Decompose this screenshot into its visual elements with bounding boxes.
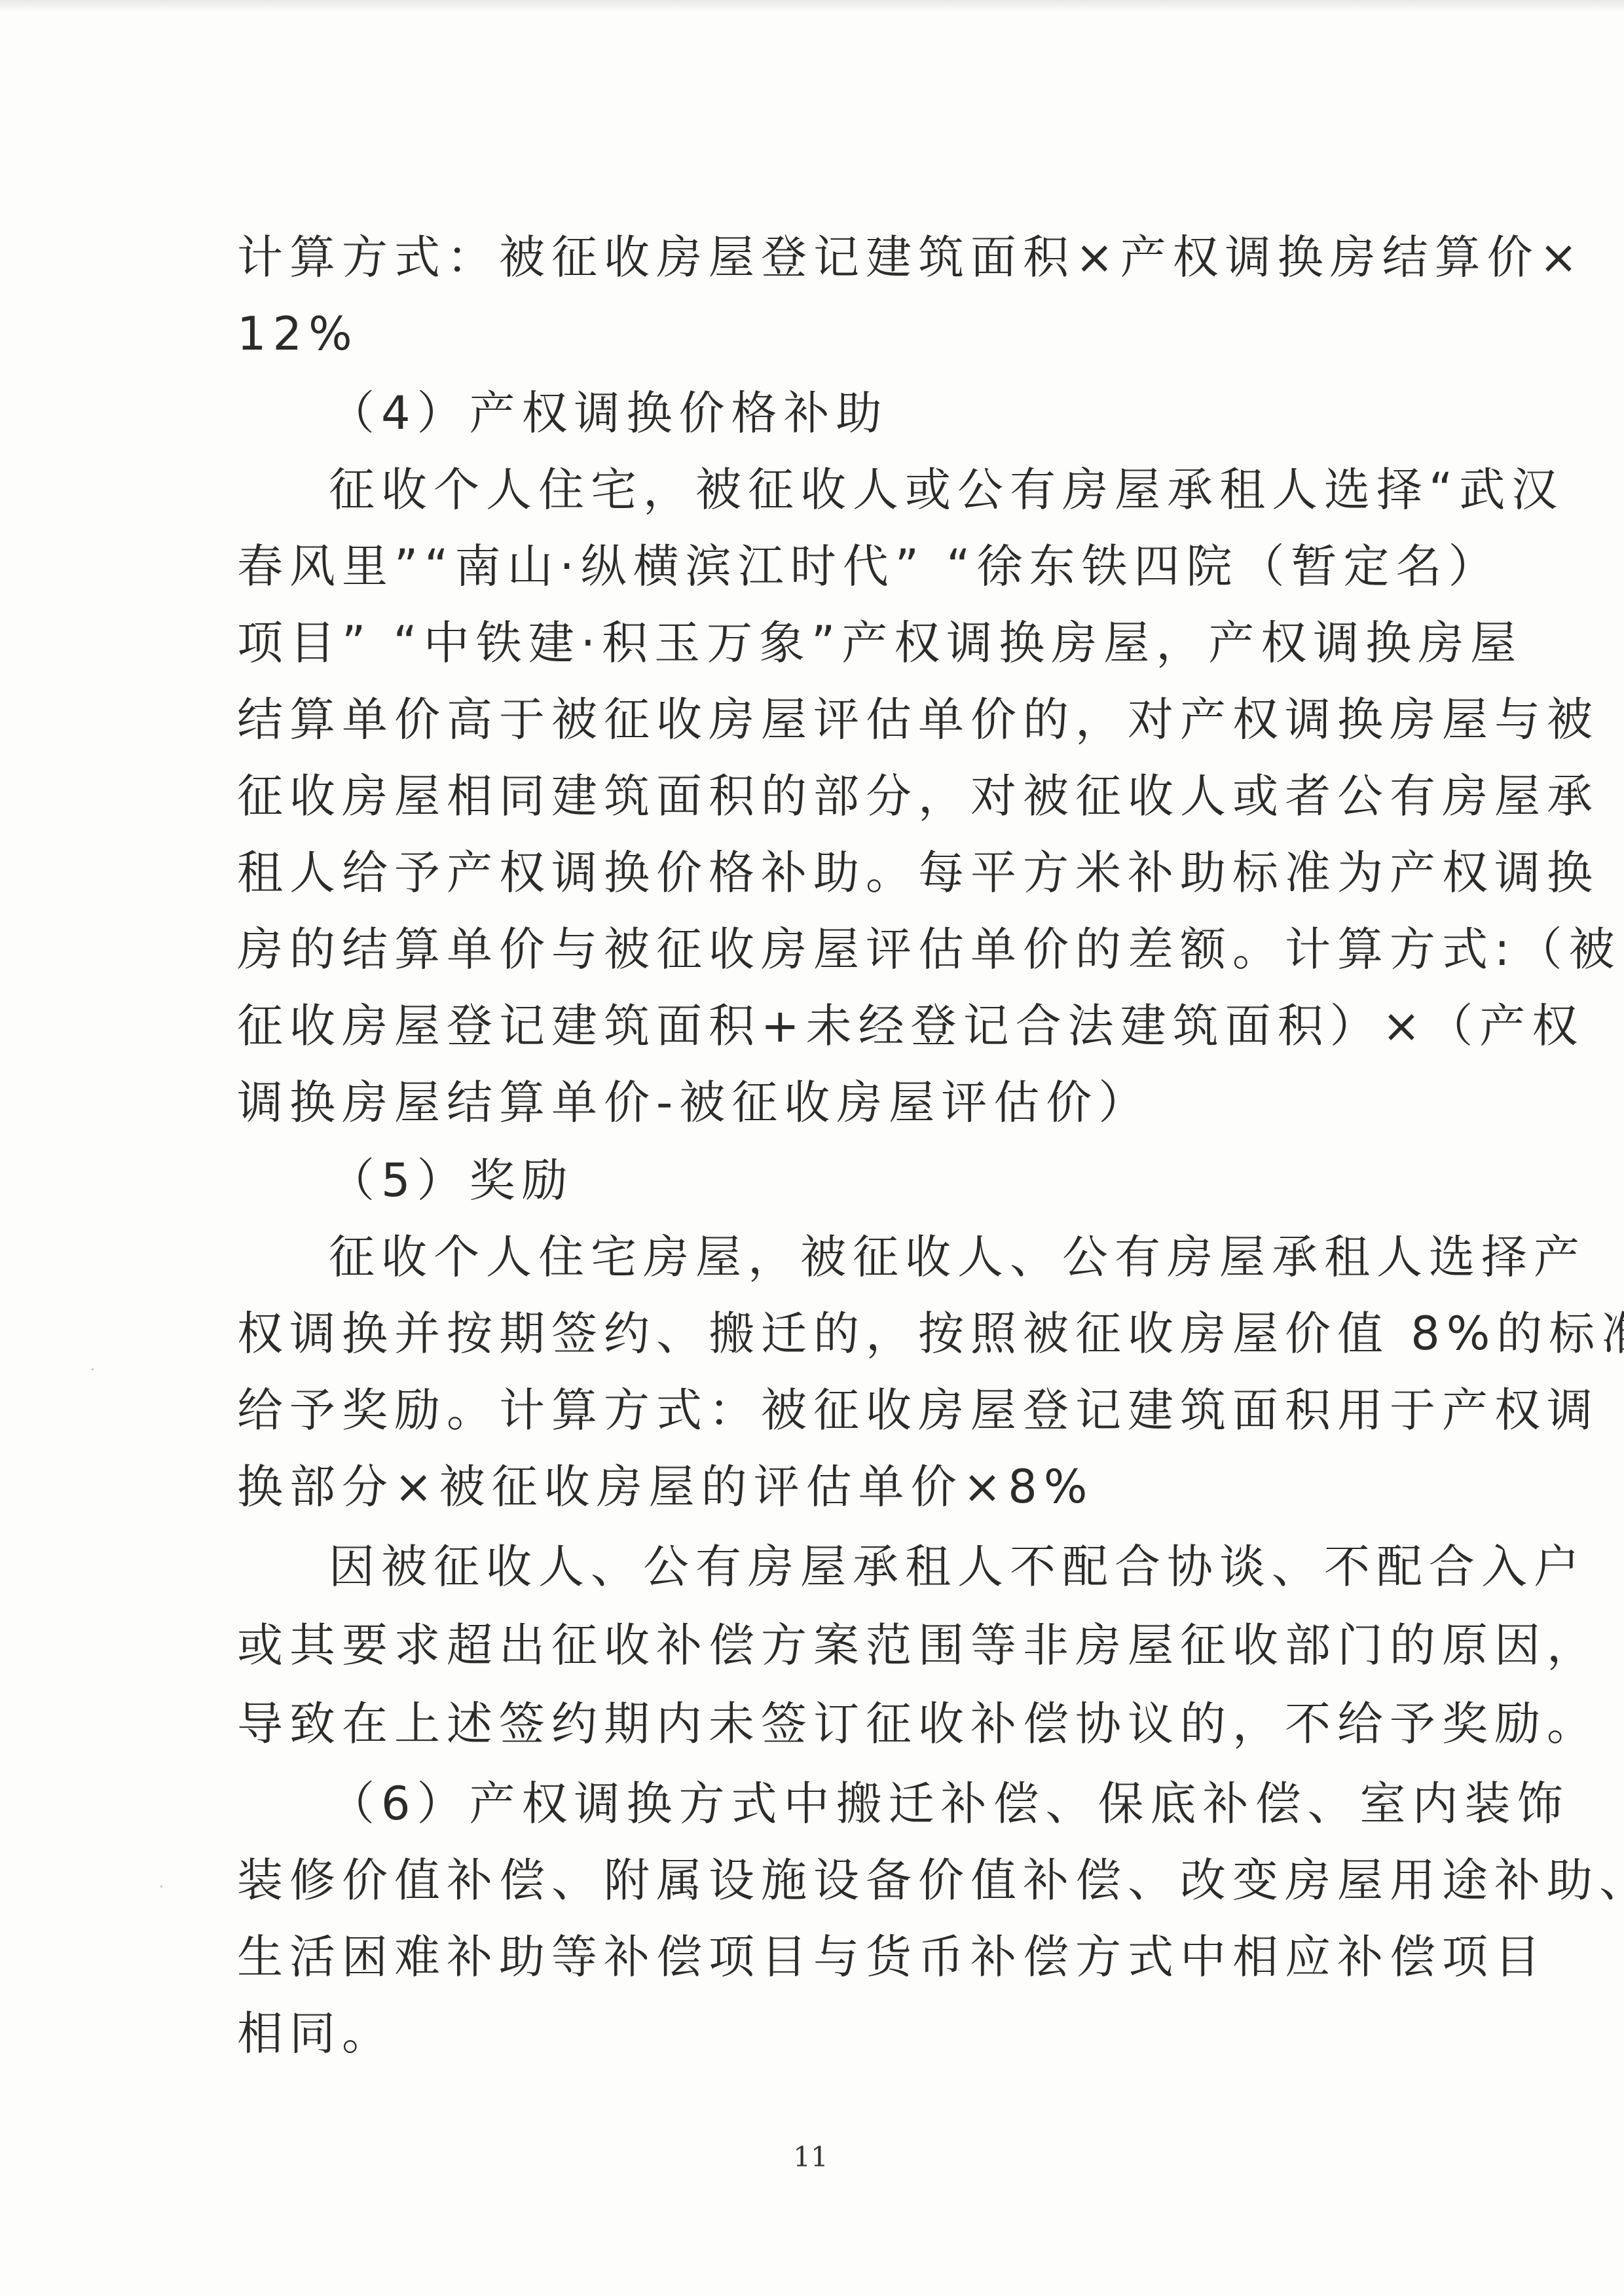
text-line: 换部分×被征收房屋的评估单价×8% xyxy=(237,1451,1094,1523)
text-line: 征收房屋登记建筑面积+未经登记合法建筑面积）×（产权 xyxy=(237,990,1584,1062)
text-line: 征收房屋相同建筑面积的部分，对被征收人或者公有房屋承 xyxy=(237,760,1599,832)
text-line: 结算单价高于被征收房屋评估单价的，对产权调换房屋与被 xyxy=(237,683,1599,756)
section-heading: （5）奖励 xyxy=(329,1144,574,1216)
paragraph-start: 征收个人住宅，被征收人或公有房屋承租人选择“武汉 xyxy=(329,454,1564,526)
text-line: 生活困难补助等补偿项目与货币补偿方式中相应补偿项目 xyxy=(237,1921,1547,1993)
page-number: 11 xyxy=(784,2141,837,2173)
paragraph-start: 征收个人住宅房屋，被征收人、公有房屋承租人选择产 xyxy=(329,1221,1586,1293)
text-line: 装修价值补偿、附属设施设备价值补偿、改变房屋用途补助、 xyxy=(237,1844,1624,1916)
text-line: 12% xyxy=(237,298,359,370)
text-line: 给予奖励。计算方式：被征收房屋登记建筑面积用于产权调 xyxy=(237,1374,1599,1446)
text-line: 调换房屋结算单价-被征收房屋评估价） xyxy=(237,1066,1151,1139)
text-line: 导致在上述签约期内未签订征收补偿协议的，不给予奖励。 xyxy=(237,1688,1599,1760)
scan-top-edge xyxy=(0,0,1624,12)
scan-speck xyxy=(92,1368,94,1370)
text-line: 租人给予产权调换价格补助。每平方米补助标准为产权调换 xyxy=(237,837,1599,909)
text-line: 权调换并按期签约、搬迁的，按照被征收房屋价值 8%的标准 xyxy=(237,1298,1624,1370)
scan-speck xyxy=(160,1886,162,1887)
text-line: 春风里”“南山·纵横滨江时代” “徐东铁四院（暂定名） xyxy=(237,530,1501,602)
text-line: 项目” “中铁建·积玉万象”产权调换房屋，产权调换房屋 xyxy=(237,607,1522,679)
text-line: 房的结算单价与被征收房屋评估单价的差额。计算方式:（被 xyxy=(237,913,1621,985)
paragraph-start: （6）产权调换方式中搬迁补偿、保底补偿、室内装饰 xyxy=(329,1768,1570,1840)
text-line: 或其要求超出征收补偿方案范围等非房屋征收部门的原因， xyxy=(237,1609,1599,1681)
text-line: 计算方式：被征收房屋登记建筑面积×产权调换房结算价× xyxy=(237,221,1584,293)
text-line: 相同。 xyxy=(237,1997,394,2069)
paragraph-start: 因被征收人、公有房屋承租人不配合协谈、不配合入户 xyxy=(329,1531,1586,1603)
section-heading: （4）产权调换价格补助 xyxy=(329,377,889,449)
